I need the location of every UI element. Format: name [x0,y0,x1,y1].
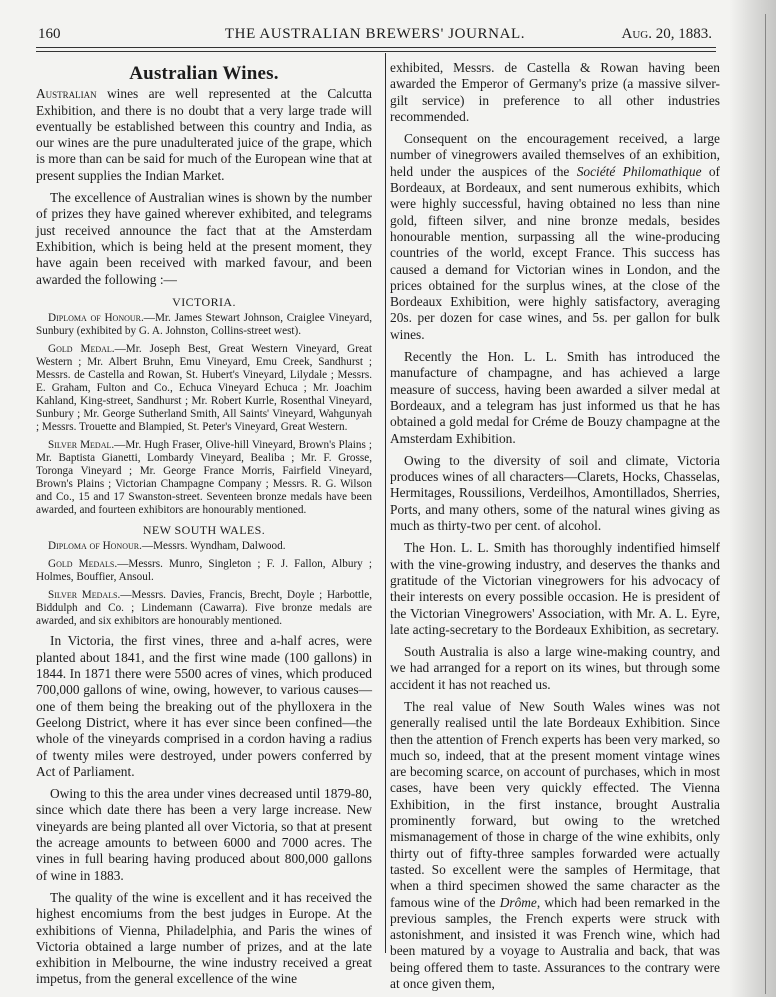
paragraph: The real value of New South Wales wines … [390,699,720,992]
binding-edge [765,14,766,994]
paragraph: The quality of the wine is excellent and… [36,890,372,988]
paragraph: Owing to this the area under vines decre… [36,786,372,884]
section-heading-victoria: VICTORIA. [36,294,372,310]
paragraph: The excellence of Australian wines is sh… [36,190,372,288]
award-entry: Silver Medal.—Mr. Hugh Fraser, Olive-hil… [36,439,372,517]
award-entry: Silver Medals.—Messrs. Davies, Francis, … [36,589,372,628]
article-title: Australian Wines. [36,66,372,82]
italic-term: Drôme [500,895,537,910]
award-entry: Diploma of Honour.—Mr. James Stewart Joh… [36,312,372,338]
page-edge-shadow [730,0,776,997]
journal-title: THE AUSTRALIAN BREWERS' JOURNAL. [38,26,712,43]
paragraph: South Australia is also a large wine-mak… [390,644,720,693]
paragraph: exhibited, Messrs. de Castella & Rowan h… [390,60,720,125]
left-column: Australian Wines. Australian wines are w… [36,60,372,994]
paragraph: Recently the Hon. L. L. Smith has introd… [390,349,720,447]
paragraph: Australian wines are well represented at… [36,86,372,184]
right-column: exhibited, Messrs. de Castella & Rowan h… [390,60,720,997]
italic-term: Société Philomathique [577,164,702,179]
paragraph: Consequent on the encouragement received… [390,131,720,343]
paragraph: In Victoria, the first vines, three and … [36,633,372,780]
column-divider [385,53,386,953]
award-entry: Gold Medals.—Messrs. Munro, Singleton ; … [36,558,372,584]
running-header: 160 THE AUSTRALIAN BREWERS' JOURNAL. Aug… [38,26,712,46]
award-entry: Diploma of Honour.—Messrs. Wyndham, Dalw… [36,540,372,553]
header-double-rule [36,47,716,52]
section-heading-nsw: NEW SOUTH WALES. [36,522,372,538]
award-entry: Gold Medal.—Mr. Joseph Best, Great Weste… [36,343,372,434]
paragraph: The Hon. L. L. Smith has thoroughly inde… [390,540,720,638]
issue-date: Aug. 20, 1883. [622,26,712,43]
lead-word: Australian [36,86,97,101]
paragraph: Owing to the diversity of soil and clima… [390,453,720,534]
